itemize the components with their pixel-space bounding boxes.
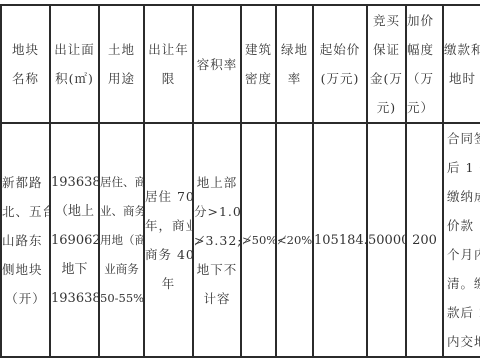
header-increment: 加价 幅度 （万 元）: [406, 5, 443, 123]
header-text: 密度: [242, 64, 275, 93]
cell-starting-price: 105184.2: [313, 123, 367, 357]
cell-text: 后 1 个: [447, 153, 480, 182]
header-text: 绿地: [277, 35, 312, 64]
cell-text: ≮20%: [277, 233, 312, 247]
cell-text: 北、五台: [2, 197, 49, 226]
cell-text: 地下: [51, 255, 98, 284]
cell-text: 侧地块: [2, 255, 49, 284]
cell-text: 计容: [194, 284, 240, 313]
header-row: 地块 名称 出让面 积(㎡) 土地 用途 出让年 限 容积率 建筑 密度 绿地 …: [1, 5, 480, 123]
cell-text: 商务 40: [145, 240, 192, 269]
header-text: 限: [145, 64, 192, 93]
cell-text: 年: [145, 269, 192, 298]
header-text: 率: [277, 64, 312, 93]
header-text: 金(万: [368, 64, 405, 93]
header-text: 容积率: [194, 50, 240, 79]
cell-text: 价款 5: [447, 211, 480, 240]
header-payment: 缴款和 地时: [443, 5, 480, 123]
cell-text: （地上: [51, 197, 98, 226]
header-text: 土地: [100, 35, 143, 64]
cell-text: 居住、商: [100, 168, 143, 197]
header-text: 起始价: [314, 35, 366, 64]
land-auction-table: 地块 名称 出让面 积(㎡) 土地 用途 出让年 限 容积率 建筑 密度 绿地 …: [0, 4, 480, 358]
header-text: 建筑: [242, 35, 275, 64]
header-land-use: 土地 用途: [99, 5, 144, 123]
header-text: 缴款和: [444, 35, 480, 64]
cell-text: 山路东: [2, 226, 49, 255]
cell-text: 个月内: [447, 240, 480, 269]
cell-text: 105184.2: [314, 233, 367, 248]
header-text: 元): [368, 93, 405, 122]
cell-green-ratio: ≮20%: [276, 123, 313, 357]
cell-payment: 合同签 后 1 个 缴纳成 价款 5 个月内 清。缴 款后 2 内交地: [443, 123, 480, 357]
header-starting-price: 起始价 (万元): [313, 5, 367, 123]
cell-deposit: 50000: [367, 123, 406, 357]
cell-land-use: 居住、商 业、商务 用地（商 业商务 50-55%）: [99, 123, 144, 357]
cell-text: 50-55%）: [100, 284, 143, 313]
cell-text: 地下不: [194, 255, 240, 284]
header-building-density: 建筑 密度: [241, 5, 276, 123]
cell-text: 内交地: [447, 327, 480, 356]
cell-area: 193638 （地上 169062, 地下 193638）: [50, 123, 99, 357]
cell-building-density: ≯50%: [241, 123, 276, 357]
cell-text: （开）: [2, 284, 49, 313]
cell-text: 50000: [368, 233, 406, 248]
cell-text: ≯3.32;: [194, 226, 240, 255]
cell-text: 分>1.0,: [194, 197, 240, 226]
header-text: 出让面: [51, 35, 98, 64]
header-text: （万: [407, 64, 442, 93]
cell-text: 居住 70: [145, 182, 192, 211]
header-text: 竞买: [368, 6, 405, 35]
cell-text: 地上部: [194, 168, 240, 197]
cell-text: 清。缴: [447, 269, 480, 298]
cell-text: 年，商业: [145, 211, 192, 240]
cell-text: 款后 2: [447, 298, 480, 327]
header-text: 出让年: [145, 35, 192, 64]
header-text: 用途: [100, 64, 143, 93]
header-plot-ratio: 容积率: [193, 5, 241, 123]
table-row: 新都路 北、五台 山路东 侧地块 （开） 193638 （地上 169062, …: [1, 123, 480, 357]
cell-plot-ratio: 地上部 分>1.0, ≯3.32; 地下不 计容: [193, 123, 241, 357]
cell-text: 业、商务: [100, 197, 143, 226]
cell-term: 居住 70 年，商业 商务 40 年: [144, 123, 193, 357]
cell-text: 合同签: [447, 124, 480, 153]
cell-text: 缴纳成: [447, 182, 480, 211]
header-text: 地块: [2, 35, 49, 64]
header-text: (万元): [314, 64, 366, 93]
cell-text: 193638）: [51, 284, 98, 313]
cell-text: 新都路: [2, 168, 49, 197]
header-text: 保证: [368, 35, 405, 64]
header-area: 出让面 积(㎡): [50, 5, 99, 123]
cell-text: 用地（商: [100, 226, 143, 255]
header-green-ratio: 绿地 率: [276, 5, 313, 123]
header-text: 名称: [2, 64, 49, 93]
header-text: 地时: [444, 64, 480, 93]
cell-parcel-name: 新都路 北、五台 山路东 侧地块 （开）: [1, 123, 50, 357]
header-text: 加价: [407, 6, 442, 35]
header-parcel-name: 地块 名称: [1, 5, 50, 123]
cell-text: 业商务: [100, 255, 143, 284]
cell-text: 193638: [51, 168, 98, 197]
header-deposit: 竞买 保证 金(万 元): [367, 5, 406, 123]
header-text: 元）: [407, 93, 442, 122]
cell-text: ≯50%: [242, 233, 276, 247]
header-text: 积(㎡): [51, 64, 98, 93]
cell-text: 200: [412, 233, 437, 248]
cell-text: 169062,: [51, 226, 98, 255]
header-text: 幅度: [407, 35, 442, 64]
header-term: 出让年 限: [144, 5, 193, 123]
cell-increment: 200: [406, 123, 443, 357]
